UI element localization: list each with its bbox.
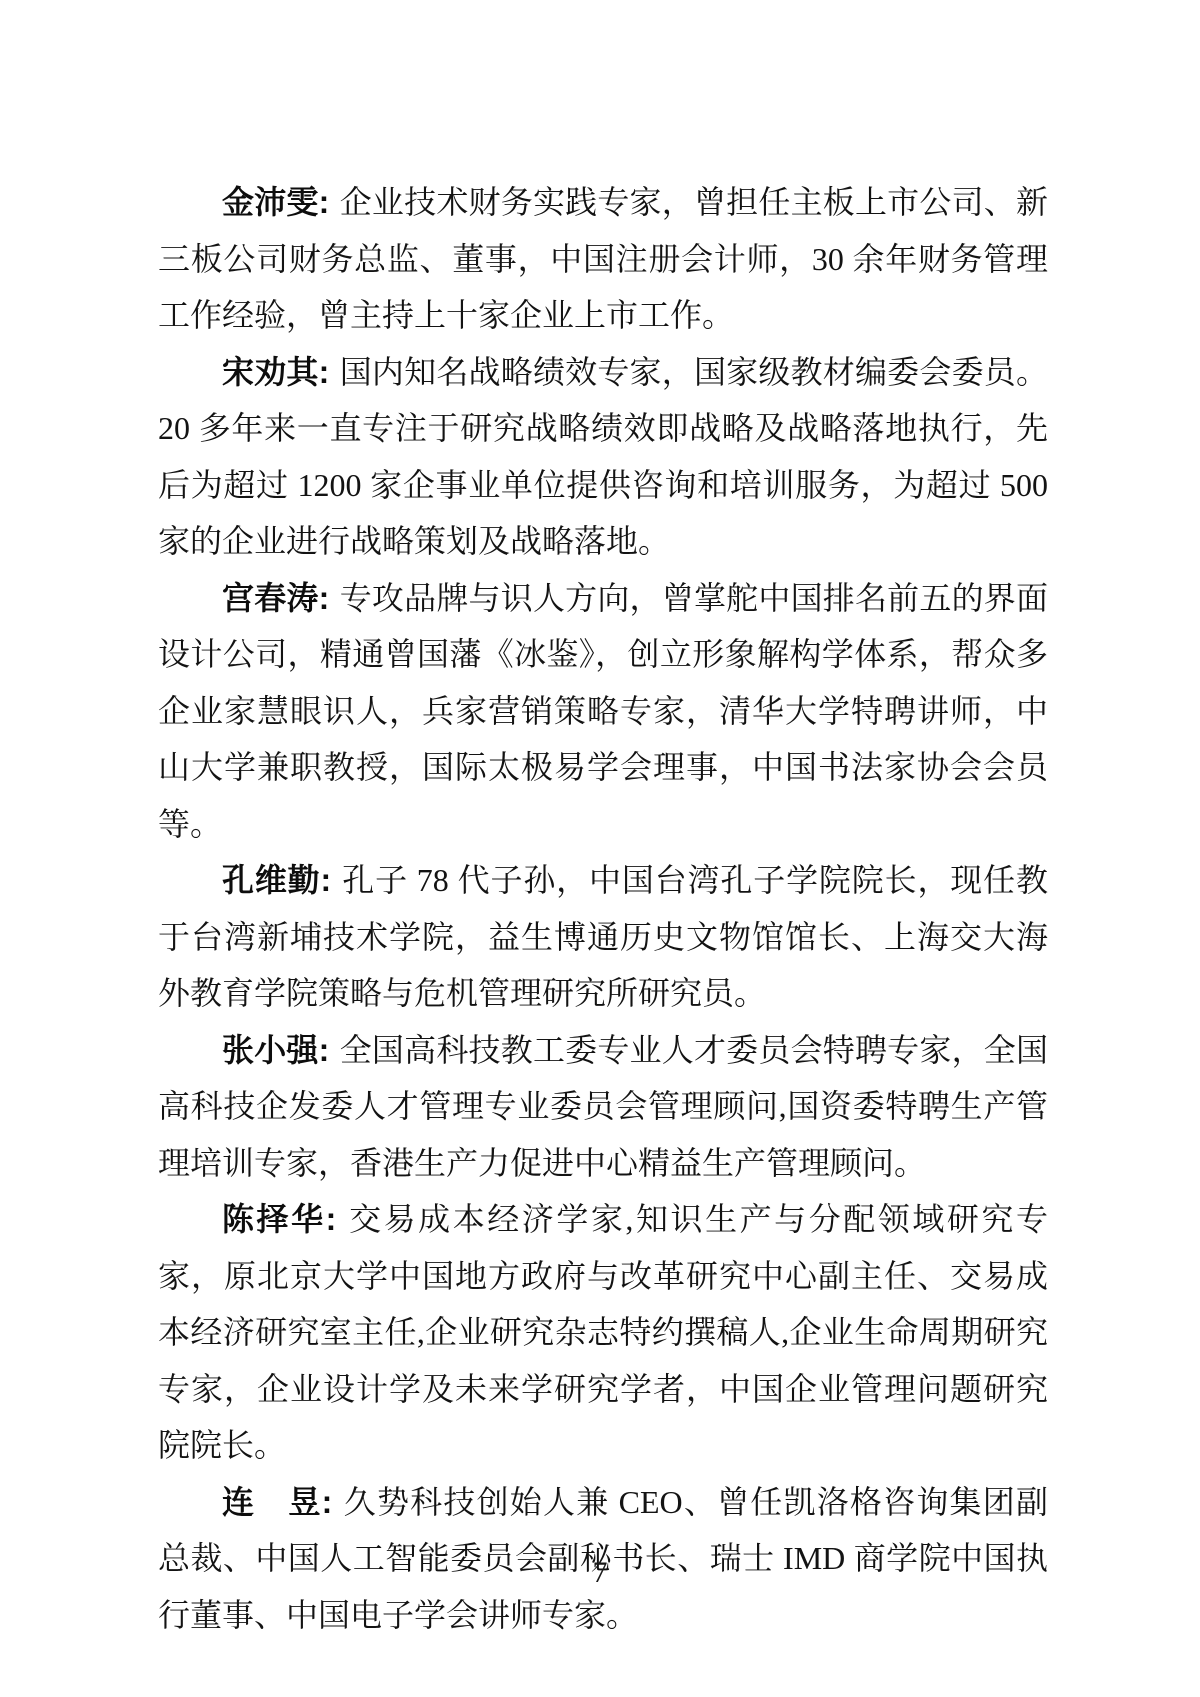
person-name: 金沛雯: <box>222 184 329 220</box>
bio-text: 专攻品牌与识人方向，曾掌舵中国排名前五的界面设计公司，精通曾国藩《冰鉴》，创立形… <box>158 580 1048 842</box>
bio-paragraph: 孔维勤:孔子 78 代子孙，中国台湾孔子学院院长，现任教于台湾新埔技术学院，益生… <box>158 852 1048 1022</box>
person-name: 宋劝其: <box>222 354 329 390</box>
person-name: 连 昱: <box>222 1484 332 1520</box>
page-number: 7 <box>0 1556 1200 1590</box>
document-page: 金沛雯:企业技术财务实践专家，曾担任主板上市公司、新三板公司财务总监、董事，中国… <box>0 0 1200 1697</box>
bio-paragraph: 张小强:全国高科技教工委专业人才委员会特聘专家，全国高科技企发委人才管理专业委员… <box>158 1022 1048 1192</box>
bio-paragraph: 宋劝其:国内知名战略绩效专家，国家级教材编委会委员。20 多年来一直专注于研究战… <box>158 344 1048 570</box>
document-body: 金沛雯:企业技术财务实践专家，曾担任主板上市公司、新三板公司财务总监、董事，中国… <box>158 174 1048 1643</box>
person-name: 宫春涛: <box>222 580 329 616</box>
bio-paragraph: 陈择华:交易成本经济学家,知识生产与分配领域研究专家，原北京大学中国地方政府与改… <box>158 1191 1048 1474</box>
bio-paragraph: 金沛雯:企业技术财务实践专家，曾担任主板上市公司、新三板公司财务总监、董事，中国… <box>158 174 1048 344</box>
bio-paragraph: 宫春涛:专攻品牌与识人方向，曾掌舵中国排名前五的界面设计公司，精通曾国藩《冰鉴》… <box>158 570 1048 853</box>
person-name: 张小强: <box>222 1032 329 1068</box>
person-name: 孔维勤: <box>222 862 331 898</box>
person-name: 陈择华: <box>222 1201 336 1237</box>
bio-text: 交易成本经济学家,知识生产与分配领域研究专家，原北京大学中国地方政府与改革研究中… <box>158 1201 1048 1463</box>
